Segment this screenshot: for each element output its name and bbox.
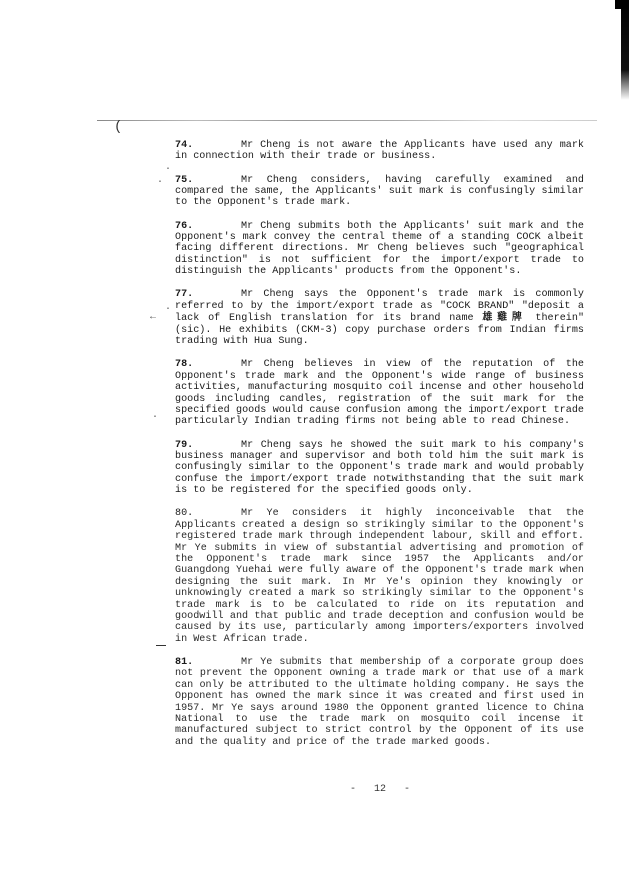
header-rule bbox=[97, 120, 597, 121]
paragraph-number: 76. bbox=[175, 221, 241, 232]
document-page: 74.Mr Cheng is not aware the Applicants … bbox=[175, 140, 584, 760]
paragraph-75: 75.Mr Cheng considers, having carefully … bbox=[175, 175, 584, 209]
paragraph-79: 79.Mr Cheng says he showed the suit mark… bbox=[175, 440, 584, 497]
margin-dash bbox=[156, 645, 166, 646]
paragraph-number: 81. bbox=[175, 657, 241, 668]
page-number: - 12 - bbox=[350, 784, 410, 795]
paragraph-number: 78. bbox=[175, 359, 241, 370]
margin-arrow-mark: ← bbox=[150, 313, 156, 323]
paragraph-77: 77.Mr Cheng says the Opponent's trade ma… bbox=[175, 289, 584, 347]
margin-dot: · bbox=[152, 413, 158, 423]
chinese-brand-name: 雄雞牌 bbox=[482, 312, 526, 323]
paragraph-74: 74.Mr Cheng is not aware the Applicants … bbox=[175, 140, 584, 163]
paragraph-text: Mr Ye submits that membership of a corpo… bbox=[175, 657, 584, 748]
paragraph-text: Mr Ye considers it highly inconceivable … bbox=[175, 508, 584, 644]
paragraph-number: 80. bbox=[175, 508, 241, 519]
margin-dot: . bbox=[165, 303, 171, 313]
paragraph-76: 76.Mr Cheng submits both the Applicants'… bbox=[175, 221, 584, 278]
margin-dot: · bbox=[157, 178, 163, 188]
paragraph-number: 77. bbox=[175, 289, 241, 300]
paragraph-number: 74. bbox=[175, 140, 241, 151]
paragraph-number: 79. bbox=[175, 440, 241, 451]
scan-edge-shadow bbox=[621, 0, 629, 100]
paragraph-80: 80.Mr Ye considers it highly inconceivab… bbox=[175, 508, 584, 645]
paragraph-number: 75. bbox=[175, 175, 241, 186]
paragraph-78: 78.Mr Cheng believes in view of the repu… bbox=[175, 359, 584, 427]
margin-dot: · bbox=[165, 165, 171, 175]
scan-edge-corner bbox=[615, 0, 629, 9]
punch-hole-mark: ( bbox=[114, 120, 122, 134]
paragraph-81: 81.Mr Ye submits that membership of a co… bbox=[175, 657, 584, 748]
